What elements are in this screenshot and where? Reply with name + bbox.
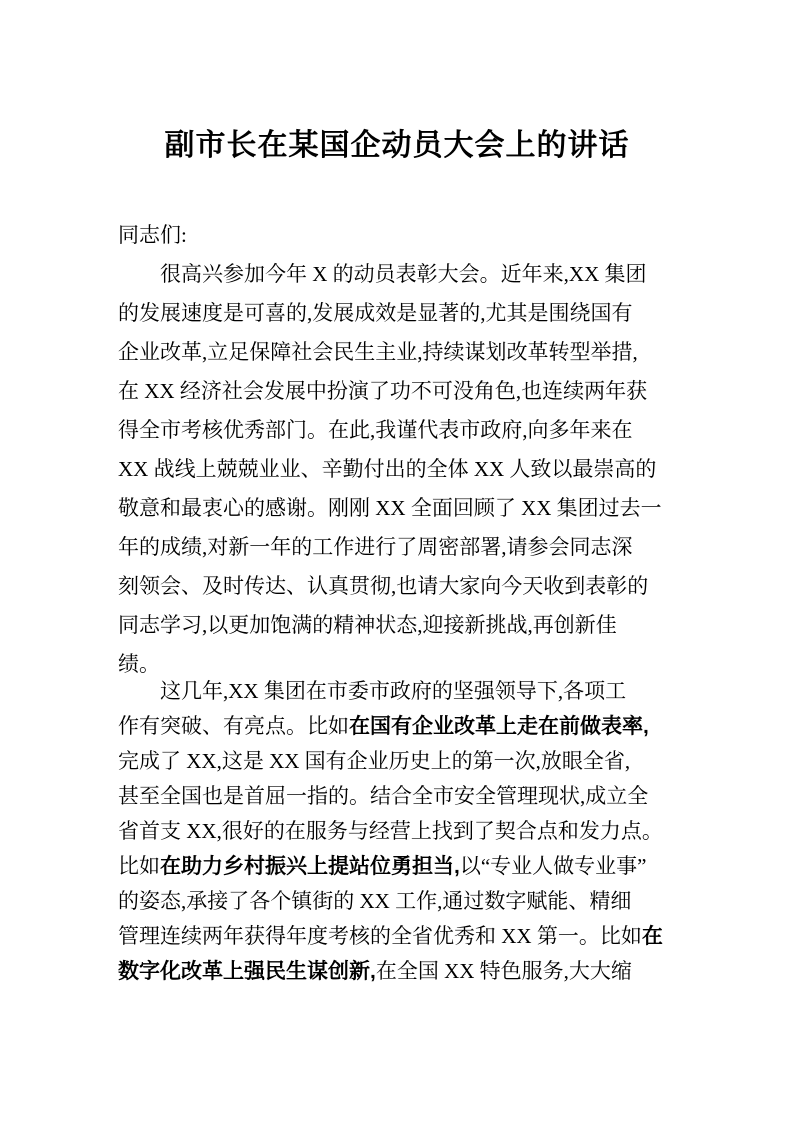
- text-line: 的姿态,承接了各个镇街的 XX 工作,通过数字赋能、精细: [118, 884, 676, 919]
- paragraph: 这几年,XX 集团在市委市政府的坚强领导下,各项工作有突破、有亮点。比如在国有企…: [118, 674, 676, 989]
- text-line: 的发展速度是可喜的,发展成效是显著的,尤其是围绕国有: [118, 294, 676, 333]
- text-line: 数字化改革上强民生谋创新,在全国 XX 特色服务,大大缩: [118, 954, 676, 989]
- body-text: XX 战线上兢兢业业、辛勤付出的全体 XX 人致以最崇高的: [118, 457, 656, 481]
- text-line: XX 战线上兢兢业业、辛勤付出的全体 XX 人致以最崇高的: [118, 450, 676, 489]
- body-text: 省首支 XX,很好的在服务与经营上找到了契合点和发力点。: [118, 819, 663, 843]
- bold-emphasis-text: 在助力乡村振兴上提站位勇担当,: [160, 855, 460, 878]
- text-line: 同志学习,以更加饱满的精神状态,迎接新挑战,再创新佳: [118, 606, 676, 645]
- text-line: 完成了 XX,这是 XX 国有企业历史上的第一次,放眼全省,: [118, 744, 676, 779]
- document-page: 副市长在某国企动员大会上的讲话 同志们: 很高兴参加今年 X 的动员表彰大会。近…: [0, 0, 794, 1122]
- body-text: 年的成绩,对新一年的工作进行了周密部署,请参会同志深: [118, 535, 633, 559]
- text-line: 企业改革,立足保障社会民生主业,持续谋划改革转型举措,: [118, 333, 676, 372]
- text-line: 比如在助力乡村振兴上提站位勇担当,以“专业人做专业事”: [118, 849, 676, 884]
- body-text: 这几年,XX 集团在市委市政府的坚强领导下,各项工: [160, 679, 626, 703]
- text-line: 敬意和最衷心的感谢。刚刚 XX 全面回顾了 XX 集团过去一: [118, 489, 676, 528]
- body-text: 在 XX 经济社会发展中扮演了功不可没角色,也连续两年获: [118, 379, 647, 403]
- text-line: 年的成绩,对新一年的工作进行了周密部署,请参会同志深: [118, 528, 676, 567]
- text-line: 刻领会、及时传达、认真贯彻,也请大家向今天收到表彰的: [118, 567, 676, 606]
- text-line: 甚至全国也是首屈一指的。结合全市安全管理现状,成立全: [118, 779, 676, 814]
- salutation: 同志们:: [118, 216, 676, 255]
- text-line: 得全市考核优秀部门。在此,我谨代表市政府,向多年来在: [118, 411, 676, 450]
- text-line: 管理连续两年获得年度考核的全省优秀和 XX 第一。比如在: [118, 919, 676, 954]
- body-text: 以“专业人做专业事”: [460, 854, 647, 878]
- body-text: 作有突破、有亮点。比如: [118, 714, 349, 738]
- body-text: 很高兴参加今年 X 的动员表彰大会。近年来,XX 集团: [160, 262, 647, 286]
- body-text: 在全国 XX 特色服务,大大缩: [376, 959, 632, 983]
- body-text: 刻领会、及时传达、认真贯彻,也请大家向今天收到表彰的: [118, 574, 648, 598]
- body-text: 甚至全国也是首屈一指的。结合全市安全管理现状,成立全: [118, 784, 648, 808]
- text-line: 作有突破、有亮点。比如在国有企业改革上走在前做表率,: [118, 709, 676, 744]
- body-text: 得全市考核优秀部门。在此,我谨代表市政府,向多年来在: [118, 418, 633, 442]
- bold-emphasis-text: 在: [642, 925, 663, 948]
- body-text: 管理连续两年获得年度考核的全省优秀和 XX 第一。比如: [118, 924, 642, 948]
- body-text: 企业改革,立足保障社会民生主业,持续谋划改革转型举措,: [118, 340, 638, 364]
- bold-emphasis-text: 数字化改革上强民生谋创新,: [118, 960, 376, 983]
- body-text: 敬意和最衷心的感谢。刚刚 XX 全面回顾了 XX 集团过去一: [118, 496, 662, 520]
- body-text: 的姿态,承接了各个镇街的 XX 工作,通过数字赋能、精细: [118, 889, 631, 913]
- body-text: 同志学习,以更加饱满的精神状态,迎接新挑战,再创新佳: [118, 613, 617, 637]
- paragraph: 很高兴参加今年 X 的动员表彰大会。近年来,XX 集团的发展速度是可喜的,发展成…: [118, 255, 676, 684]
- body-text: 完成了 XX,这是 XX 国有企业历史上的第一次,放眼全省,: [118, 749, 630, 773]
- text-line: 很高兴参加今年 X 的动员表彰大会。近年来,XX 集团: [118, 255, 676, 294]
- text-line: 在 XX 经济社会发展中扮演了功不可没角色,也连续两年获: [118, 372, 676, 411]
- body-text: 的发展速度是可喜的,发展成效是显著的,尤其是围绕国有: [118, 301, 633, 325]
- document-title: 副市长在某国企动员大会上的讲话: [118, 0, 676, 166]
- body-text: 绩。: [118, 652, 160, 676]
- document-content: 副市长在某国企动员大会上的讲话 同志们: 很高兴参加今年 X 的动员表彰大会。近…: [0, 0, 794, 989]
- body-text: 比如: [118, 854, 160, 878]
- document-body: 很高兴参加今年 X 的动员表彰大会。近年来,XX 集团的发展速度是可喜的,发展成…: [118, 255, 676, 989]
- text-line: 这几年,XX 集团在市委市政府的坚强领导下,各项工: [118, 674, 676, 709]
- text-line: 省首支 XX,很好的在服务与经营上找到了契合点和发力点。: [118, 814, 676, 849]
- bold-emphasis-text: 在国有企业改革上走在前做表率,: [349, 715, 649, 738]
